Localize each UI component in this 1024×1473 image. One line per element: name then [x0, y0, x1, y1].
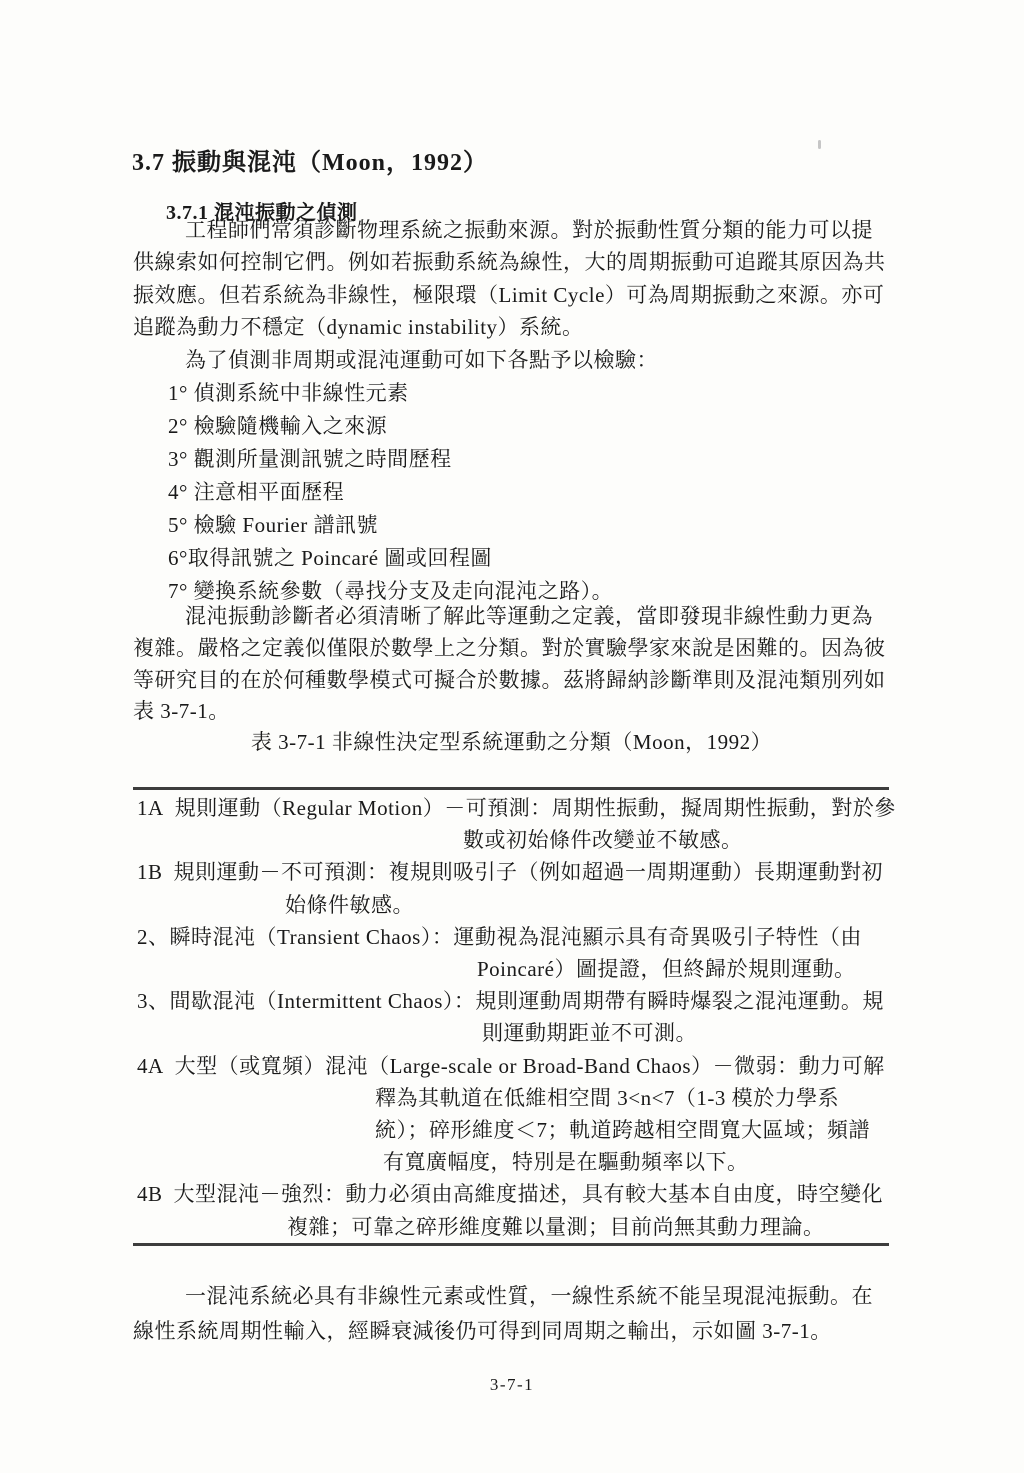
checklist-item: 2° 檢驗隨機輸入之來源 — [133, 410, 890, 443]
table-row-line: 釋為其軌道在低維相空間 3<n<7（1-3 模於力學系 — [133, 1082, 890, 1114]
table-row-line: 2、瞬時混沌（Transient Chaos）：運動視為混沌顯示具有奇異吸引子特… — [133, 921, 890, 953]
row-label: 4A — [137, 1050, 164, 1082]
row-label: 3、 — [137, 985, 170, 1017]
paragraph-intro: 工程師們常須診斷物理系統之振動來源。對於振動性質分類的能力可以提 供線索如何控制… — [133, 214, 890, 344]
document-page: 3.7 振動與混沌（Moon，1992） 3.7.1 混沌振動之偵測 工程師們常… — [0, 0, 1024, 1473]
section-title: 3.7 振動與混沌（Moon，1992） — [132, 142, 488, 177]
table-top-rule — [133, 787, 889, 790]
paragraph-line: 追蹤為動力不穩定（dynamic instability）系統。 — [133, 311, 890, 343]
table-row-line: 數或初始條件改變並不敏感。 — [133, 824, 890, 856]
row-text: 大型混沌－強烈：動力必須由高維度描述，具有較大基本自由度，時空變化 — [174, 1182, 884, 1206]
table-row-line: 始條件敏感。 — [133, 889, 890, 921]
row-text: 規則運動－不可預測：複規則吸引子（例如超過一周期運動）長期運動對初 — [174, 860, 884, 884]
paragraph-line: 工程師們常須診斷物理系統之振動來源。對於振動性質分類的能力可以提 — [133, 214, 890, 246]
table-row-line: 1A規則運動（Regular Motion）－可預測：周期性振動，擬周期性振動，… — [133, 792, 890, 824]
table-caption: 表 3-7-1 非線性決定型系統運動之分類（Moon，1992） — [133, 726, 890, 756]
checklist-item: 1° 偵測系統中非線性元素 — [133, 377, 890, 410]
table-row-line: 4B大型混沌－強烈：動力必須由高維度描述，具有較大基本自由度，時空變化 — [133, 1178, 890, 1210]
checklist-item: 6°取得訊號之 Poincaré 圖或回程圖 — [133, 542, 890, 575]
row-text: 規則運動（Regular Motion）－可預測：周期性振動，擬周期性振動，對於… — [175, 796, 896, 820]
detection-checklist: 為了偵測非周期或混沌運動可如下各點予以檢驗： 1° 偵測系統中非線性元素 2° … — [133, 344, 890, 608]
paragraph-closing: 一混沌系統必具有非線性元素或性質，一線性系統不能呈現混沌振動。在 線性系統周期性… — [133, 1279, 890, 1349]
paragraph-line: 振效應。但若系統為非線性，極限環（Limit Cycle）可為周期振動之來源。亦… — [133, 279, 890, 311]
table-row-line: Poincaré）圖提證，但終歸於規則運動。 — [133, 953, 890, 985]
row-label: 2、 — [137, 921, 170, 953]
paragraph-line: 線性系統周期性輸入，經瞬衰減後仍可得到同周期之輸出，示如圖 3-7-1。 — [133, 1314, 890, 1349]
paragraph-line: 複雜。嚴格之定義似僅限於數學上之分類。對於實驗學家來說是困難的。因為彼 — [133, 633, 890, 665]
scan-speck — [818, 140, 821, 149]
table-row-line: 則運動期距並不可測。 — [133, 1017, 890, 1049]
paragraph-line: 供線索如何控制它們。例如若振動系統為線性，大的周期振動可追蹤其原因為共 — [133, 246, 890, 278]
checklist-item: 5° 檢驗 Fourier 譜訊號 — [133, 509, 890, 542]
table-row-line: 4A大型（或寬頻）混沌（Large-scale or Broad-Band Ch… — [133, 1050, 890, 1082]
row-label: 1B — [137, 856, 163, 888]
table-row-line: 3、間歇混沌（Intermittent Chaos）：規則運動周期帶有瞬時爆裂之… — [133, 985, 890, 1017]
table-row-line: 1B規則運動－不可預測：複規則吸引子（例如超過一周期運動）長期運動對初 — [133, 856, 890, 888]
checklist-item: 3° 觀測所量測訊號之時間歷程 — [133, 443, 890, 476]
checklist-item: 4° 注意相平面歷程 — [133, 476, 890, 509]
table-row-line: 有寬廣幅度，特別是在驅動頻率以下。 — [133, 1146, 890, 1178]
row-text: 大型（或寬頻）混沌（Large-scale or Broad-Band Chao… — [175, 1054, 885, 1078]
classification-table: 1A規則運動（Regular Motion）－可預測：周期性振動，擬周期性振動，… — [133, 792, 890, 1243]
row-label: 1A — [137, 792, 164, 824]
table-row-line: 統）；碎形維度＜7；軌道跨越相空間寬大區域；頻譜 — [133, 1114, 890, 1146]
checklist-intro: 為了偵測非周期或混沌運動可如下各點予以檢驗： — [133, 344, 890, 377]
page-number: 3-7-1 — [0, 1375, 1024, 1395]
paragraph-line: 混沌振動診斷者必須清晰了解此等運動之定義，當即發現非線性動力更為 — [133, 601, 890, 633]
table-bottom-rule — [133, 1243, 889, 1246]
paragraph-line: 等研究目的在於何種數學模式可擬合於數據。茲將歸納診斷準則及混沌類別列如 — [133, 665, 890, 697]
row-text: 瞬時混沌（Transient Chaos）：運動視為混沌顯示具有奇異吸引子特性（… — [170, 925, 862, 949]
paragraph-line: 表 3-7-1。 — [133, 696, 890, 728]
row-label: 4B — [137, 1178, 163, 1210]
table-row-line: 複雜；可靠之碎形維度難以量測；目前尚無其動力理論。 — [133, 1211, 890, 1243]
paragraph-line: 一混沌系統必具有非線性元素或性質，一線性系統不能呈現混沌振動。在 — [133, 1279, 890, 1314]
row-text: 間歇混沌（Intermittent Chaos）：規則運動周期帶有瞬時爆裂之混沌… — [170, 989, 884, 1013]
paragraph-diagnosis: 混沌振動診斷者必須清晰了解此等運動之定義，當即發現非線性動力更為 複雜。嚴格之定… — [133, 601, 890, 728]
